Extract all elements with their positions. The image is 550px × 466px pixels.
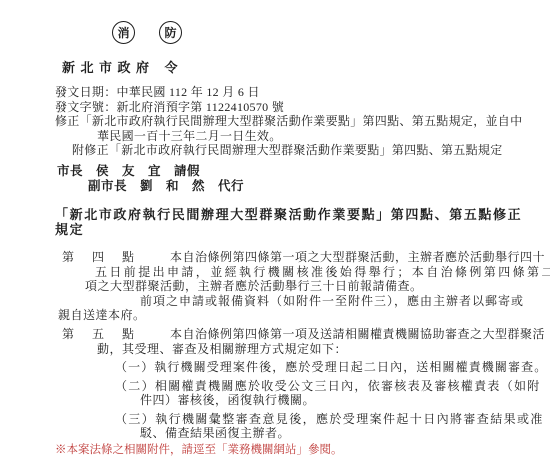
agency-name: 新北市政府 [62, 60, 155, 76]
seal-character: 防 [164, 24, 176, 41]
doc-type-label: 令 [165, 60, 178, 76]
point-5-item-2-line-2: 件四）審核後，函復執行機關。 [140, 393, 315, 407]
point-4-line-4: 前項之申請或報備資料（如附件一至附件三），應由主辦者以郵寄或 [140, 294, 524, 308]
point-5-item-1: （一）執行機關受理案件後，應於受理日起二日內，送相關權責機關審查。 [115, 360, 547, 374]
regulation-title-line-1: 「新北市政府執行民間辦理大型群聚活動作業要點」第四點、第五點修正 [55, 208, 522, 222]
mayor-signature-line: 市長 侯 友 宜 請假 [57, 164, 200, 178]
point-5-text: 本自治條例第四條第一項及送請相關權責機關協助審查之大型群聚活 [170, 327, 545, 341]
point-4-line-3: 項之大型群聚活動，主辦者應於活動舉行三十日前報請備查。 [85, 279, 423, 293]
point-4-line-2: 五日前提出申請，並經執行機關核准後始得舉行；本自治條例第四條第二 [95, 265, 550, 279]
point-4-label: 第四點 [62, 250, 152, 264]
point-5-item-2-line-1: （二）相關權責機關應於收受公文三日內，依審核表及審核權責表（如附 [115, 379, 541, 393]
doc-number-line: 發文字號：新北府消預字第 1122410570 號 [55, 100, 284, 114]
point-4-text: 本自治條例第四條第一項之大型群聚活動，主辦者應於活動舉行四十 [170, 250, 545, 264]
issue-date-line: 發文日期：中華民國 112 年 12 月 6 日 [55, 85, 260, 99]
document-page: 消 防 新北市政府 令 發文日期：中華民國 112 年 12 月 6 日 發文字… [0, 0, 550, 466]
agency-heading: 新北市政府 令 [62, 60, 178, 76]
deputy-mayor-signature-line: 副市長 劉 和 然 代行 [88, 179, 244, 193]
point-5-item-3-line-1: （三）執行機關彙整審查意見後，應於受理案件起十日內將審查結果或准 [115, 412, 544, 426]
attachment-footnote: ※本案法條之相關附件，請逕至「業務機關網站」參閱。 [55, 443, 343, 457]
point-5-item-3-line-2: 駁、備查結果函復主辦者。 [140, 426, 290, 440]
attachment-note-line: 附修正「新北市政府執行民間辦理大型群聚活動作業要點」第四點、第五點規定 [72, 143, 503, 157]
subject-line-2: 華民國一百十三年二月一日生效。 [97, 129, 282, 143]
point-5-line-2: 動，其受理、審查及相關辦理方式規定如下： [97, 342, 347, 356]
seal-character: 消 [117, 24, 129, 41]
circle-seal-fang: 防 [159, 21, 182, 44]
subject-line-1: 修正「新北市政府執行民間辦理大型群聚活動作業要點」第四點、第五點規定，並自中 [55, 114, 522, 128]
point-5-label: 第五點 [62, 327, 152, 341]
circle-seal-xiao: 消 [112, 21, 135, 44]
regulation-title-line-2: 規定 [55, 223, 84, 237]
point-4-line-5: 親自送達本府。 [58, 308, 146, 322]
